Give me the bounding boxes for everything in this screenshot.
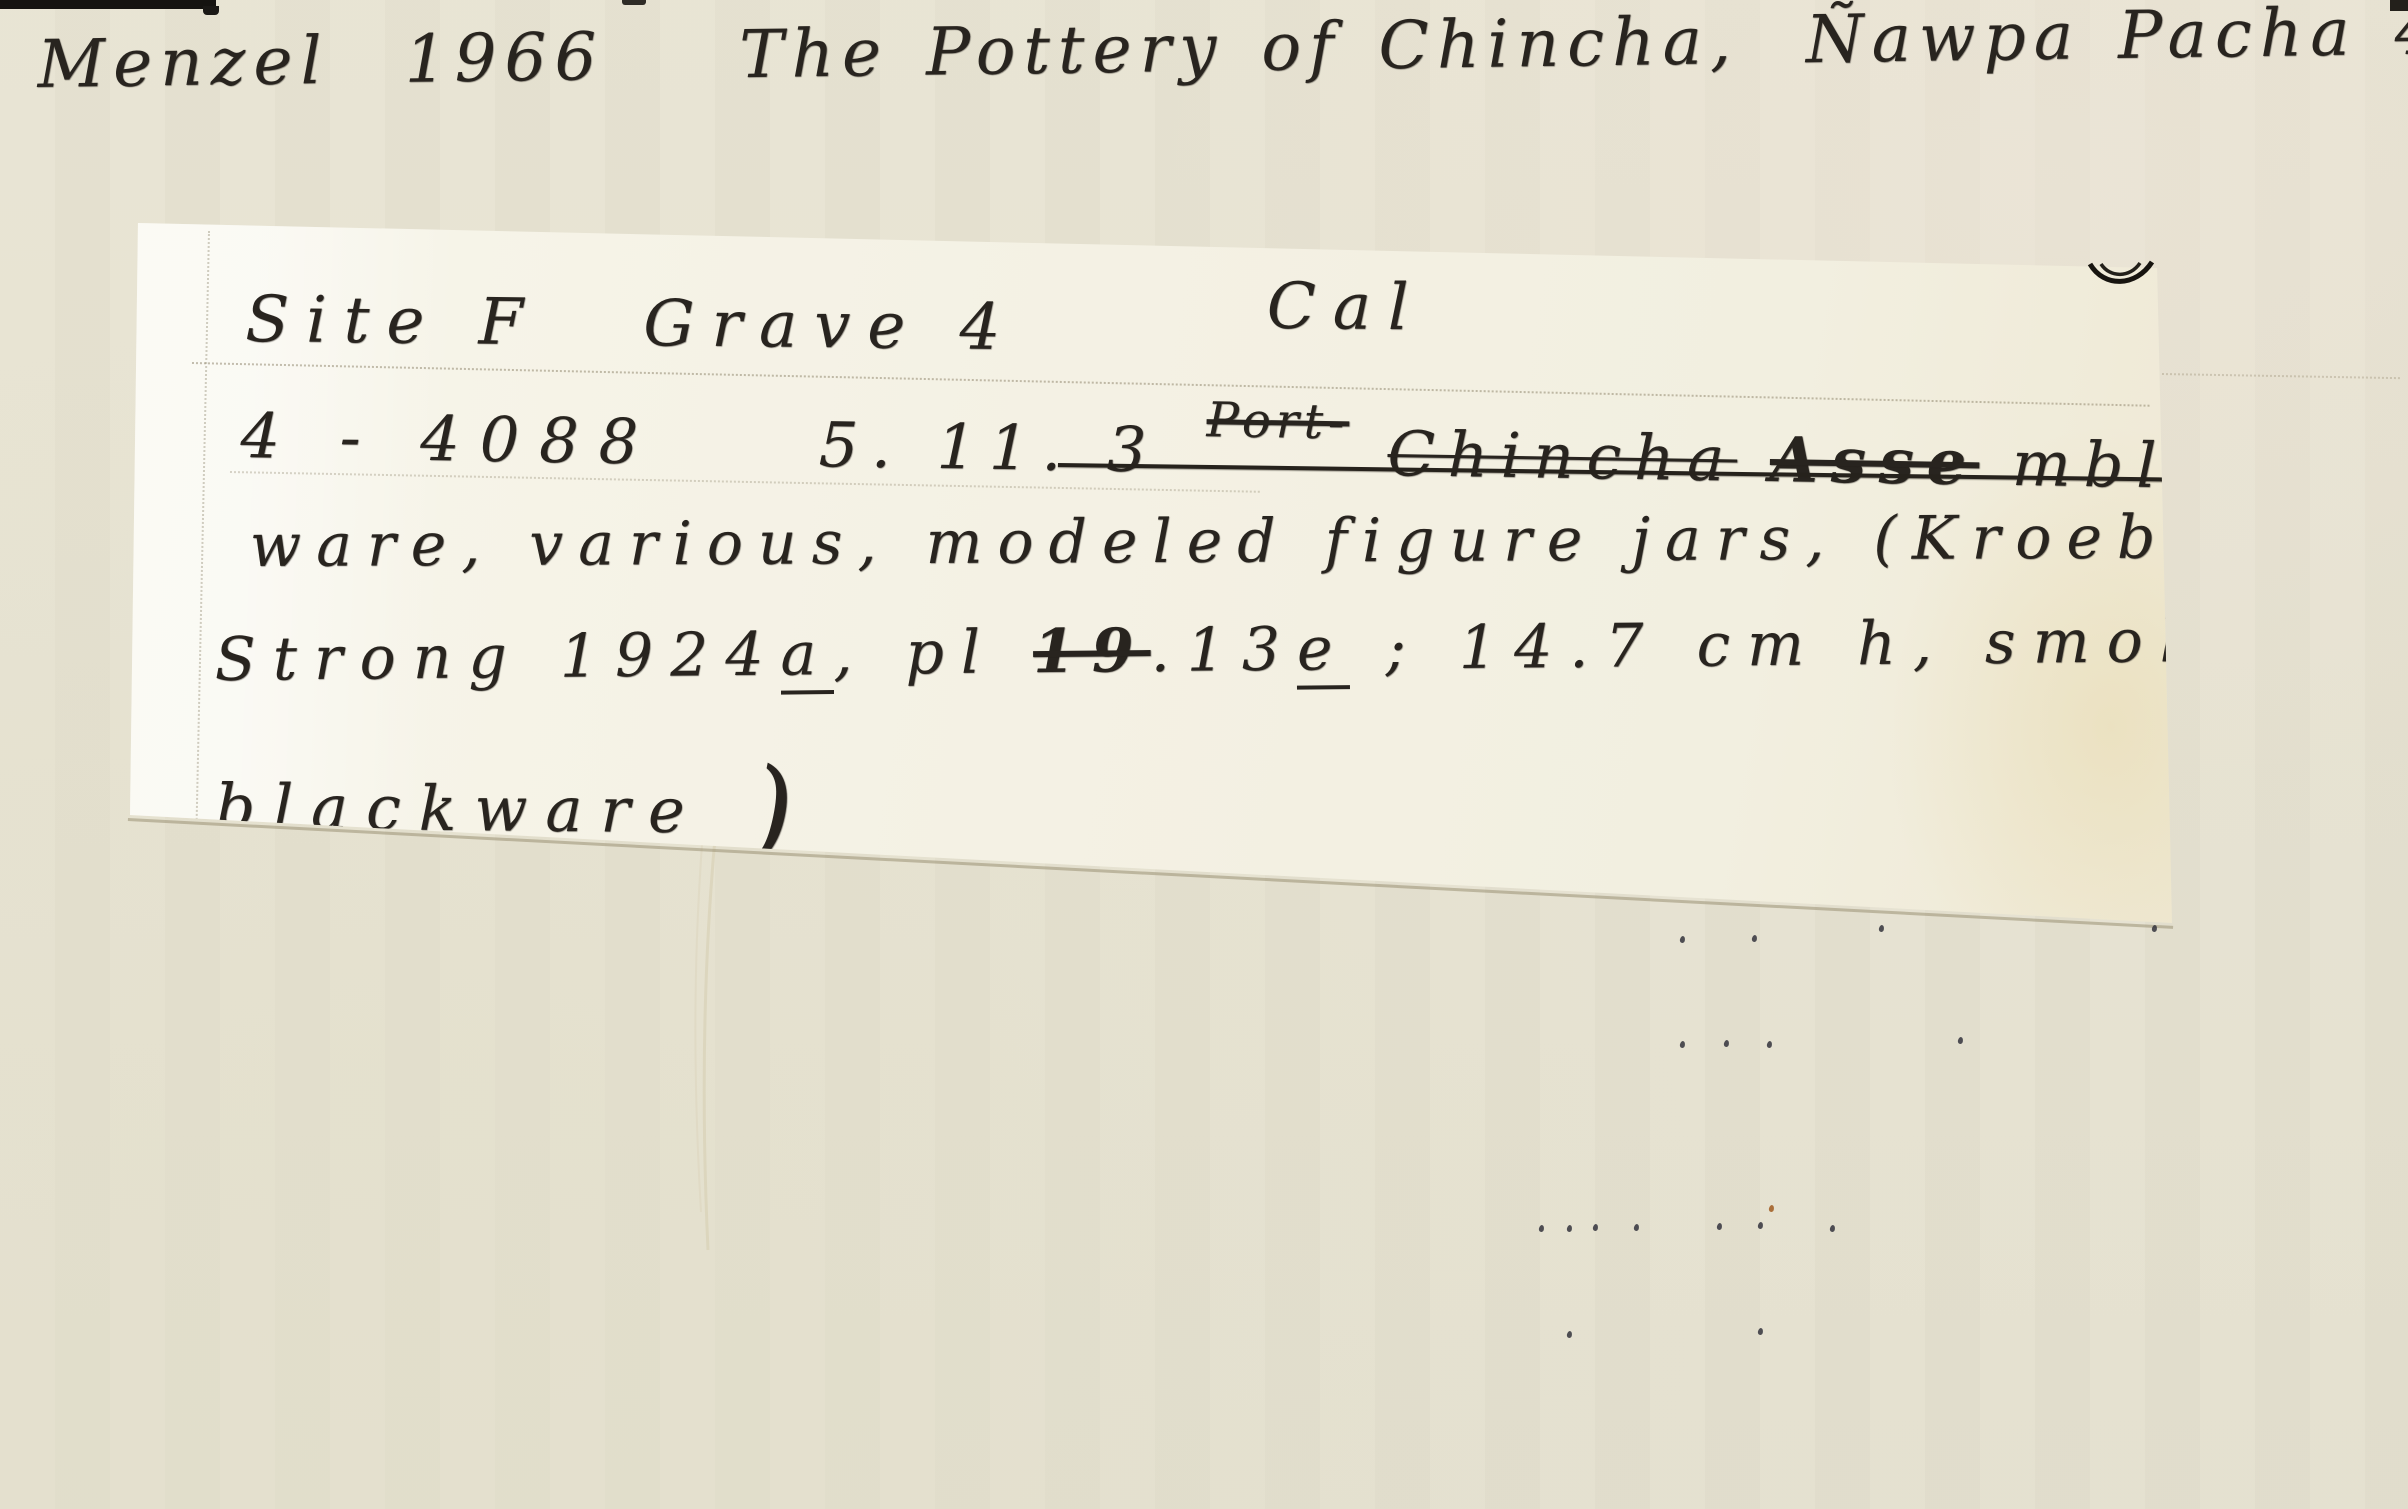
assemblage-text: mblage, fancy (2011, 427, 2408, 510)
overwritten-letters: Asse (1769, 423, 1979, 499)
scanner-edge-bar (0, 0, 216, 9)
collection-label: Cal (1267, 270, 1426, 346)
measurement-text: ; 14.7 cm h, smoked (1349, 605, 2321, 684)
ink-dot (1716, 1223, 1722, 1231)
work-title: The Pottery of Chincha, (739, 2, 1740, 93)
ink-dot (1679, 936, 1685, 944)
scanned-index-card: Menzel 1966 The Pottery of Chincha, Ñawp… (0, 0, 2408, 1509)
publication-year: 1966 (404, 18, 605, 98)
slip-line-4: Strong 1924a, pl 19.13e ; 14.7 cm h, smo… (214, 605, 2321, 695)
ink-dot (1592, 1224, 1598, 1232)
ink-dot (1751, 935, 1757, 943)
site-label: Site F (245, 283, 540, 360)
ink-dot (1957, 1037, 1963, 1045)
spec-numbers: 5. 11. 3 (818, 408, 1160, 486)
ink-dot (1829, 1225, 1835, 1233)
underlined-letter-e: e (1297, 614, 1350, 690)
plate-label: , pl (833, 617, 1033, 689)
ink-dot (1633, 1224, 1639, 1232)
ink-dot (1566, 1225, 1572, 1233)
scribbled-number: 19 (1033, 616, 1151, 687)
closing-paren: ) (748, 744, 812, 880)
slip-line-3: ware, various, modeled figure jars, (Kro… (250, 502, 2367, 581)
header-citation-line: Menzel 1966 The Pottery of Chincha, Ñawp… (37, 0, 2408, 103)
ink-dot (1757, 1222, 1763, 1230)
place-name: Chincha (1387, 417, 1738, 495)
card-dotted-rule (2162, 373, 2400, 379)
slip-margin-rule (196, 231, 210, 823)
ink-dot (1757, 1328, 1763, 1336)
pasted-slip: Site F Grave 4 Cal 4 - 4088 5. 11. 3 Por… (130, 223, 2172, 923)
slip-line-1: Site F Grave 4 Cal (245, 283, 1426, 369)
ink-dot (1723, 1040, 1729, 1048)
plate-number: .13 (1150, 615, 1297, 686)
author-name: Menzel (37, 22, 330, 103)
ink-dot (1878, 925, 1884, 933)
journal-title: Ñawpa Pacha 4 (1805, 0, 2408, 78)
stamp-mark (2086, 254, 2160, 294)
slip-dotted-rule-1 (192, 362, 2150, 407)
citation-pre: Strong 1924 (214, 620, 780, 695)
grave-label: Grave 4 (643, 287, 1018, 365)
underlined-letter-a: a (780, 619, 833, 695)
ink-dot (1768, 1205, 1774, 1213)
scanner-edge-notch (203, 6, 219, 15)
struck-insertion: Port- (1206, 392, 1350, 450)
slip-line-5: blackware) (215, 739, 813, 879)
ink-dot (1766, 1041, 1772, 1049)
ink-dot (1566, 1331, 1572, 1339)
ink-dot (1538, 1225, 1544, 1233)
slip-line-2: 4 - 4088 5. 11. 3 Port- Chincha Asse mbl… (240, 399, 2408, 509)
ink-dot (1679, 1041, 1685, 1049)
catalog-number: 4 - 4088 (240, 399, 659, 479)
scanner-edge-speck (622, 0, 646, 5)
ink-dot (2151, 925, 2157, 933)
